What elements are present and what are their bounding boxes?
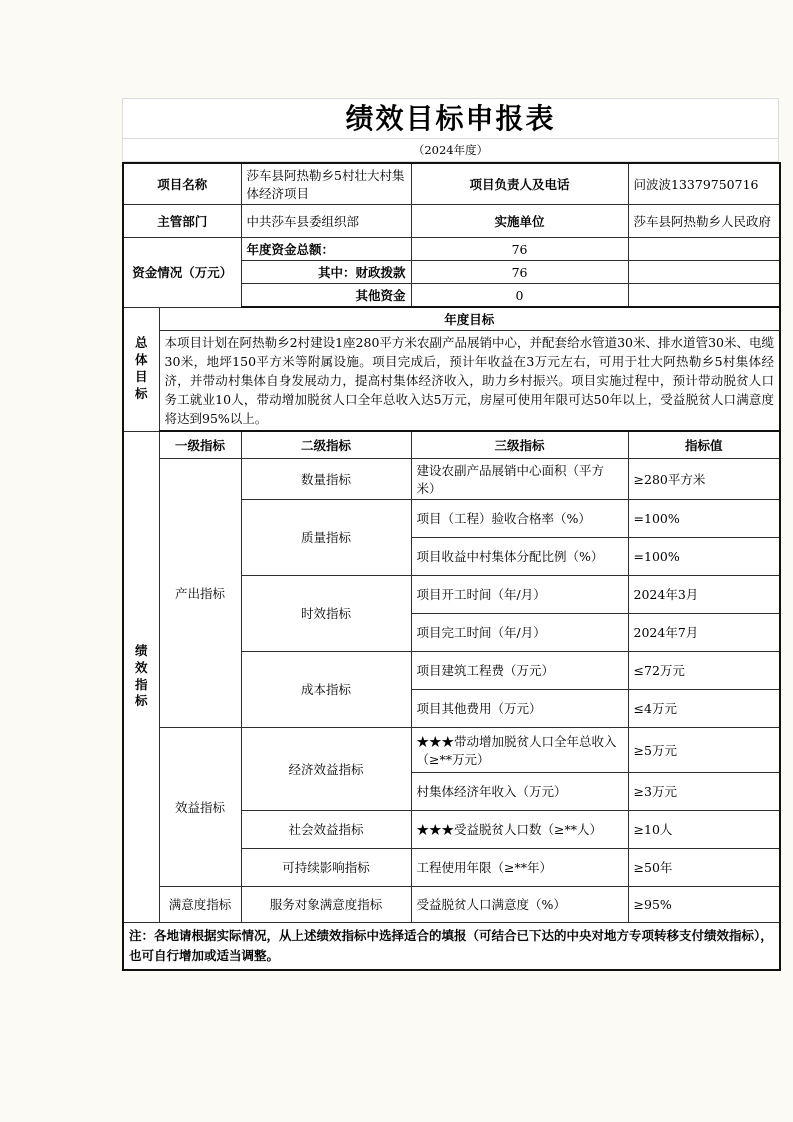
declaration-table: 项目名称 莎车县阿热勒乡5村壮大村集体经济项目 项目负责人及电话 问波波1337… [122,162,781,971]
level3-indicator: 项目建筑工程费（万元） [411,651,628,689]
level3-indicator: 受益脱贫人口满意度（%） [411,886,628,922]
dept-value: 中共莎车县委组织部 [241,205,411,238]
indicator-value: ≥5万元 [628,727,780,772]
impl-label: 实施单位 [411,205,628,238]
table-row: 总体目标 年度目标 [123,307,780,331]
level3-indicator: 项目完工时间（年/月） [411,613,628,651]
funding-section-label: 资金情况（万元） [123,238,241,308]
level3-indicator: 工程使用年限（≥**年） [411,848,628,886]
indicator-value: ≥50年 [628,848,780,886]
level2-cost: 成本指标 [241,651,411,727]
funding-total-label: 年度资金总额： [241,238,411,261]
indicator-row: 产出指标 数量指标 建设农副产品展销中心面积（平方米） ≥280平方米 [123,458,780,499]
overall-goal-label: 总体目标 [123,307,159,431]
page-title: 绩效目标申报表 [123,99,778,139]
indicator-value: 2024年7月 [628,613,780,651]
indicator-value: ≤4万元 [628,689,780,727]
table-row: 本项目计划在阿热勒乡2村建设1座280平方米农副产品展销中心，并配套给水管道30… [123,331,780,432]
level3-indicator: 建设农副产品展销中心面积（平方米） [411,458,628,499]
indicator-value: ≥280平方米 [628,458,780,499]
level3-indicator: 项目开工时间（年/月） [411,575,628,613]
impl-value: 莎车县阿热勒乡人民政府 [628,205,780,238]
header-level3: 三级指标 [411,431,628,458]
funding-other-value: 0 [411,284,628,308]
funding-fiscal-value: 76 [411,261,628,284]
level2-quality: 质量指标 [241,499,411,575]
level2-timeliness: 时效指标 [241,575,411,651]
indicator-row: 满意度指标 服务对象满意度指标 受益脱贫人口满意度（%） ≥95% [123,886,780,922]
funding-fiscal-label: 其中：财政拨款 [241,261,411,284]
table-row: 注：各地请根据实际情况，从上述绩效指标中选择适合的填报（可结合已下达的中央对地方… [123,922,780,970]
empty-cell [628,261,780,284]
level3-indicator: ★★★受益脱贫人口数（≥**人） [411,810,628,848]
indicator-value: ≤72万元 [628,651,780,689]
project-name-value: 莎车县阿热勒乡5村壮大村集体经济项目 [241,163,411,205]
level1-benefit: 效益指标 [159,727,241,886]
form-sheet: 绩效目标申报表 （2024年度） 项目名称 莎车县阿热勒乡5村壮大村集体经济项目… [122,98,779,971]
header-level1: 一级指标 [159,431,241,458]
table-row: 绩效指标 一级指标 二级指标 三级指标 指标值 [123,431,780,458]
table-row: 资金情况（万元） 年度资金总额： 76 [123,238,780,261]
funding-total-value: 76 [411,238,628,261]
footer-note: 注：各地请根据实际情况，从上述绩效指标中选择适合的填报（可结合已下达的中央对地方… [123,922,780,970]
annual-goal-header: 年度目标 [159,307,780,331]
page: 绩效目标申报表 （2024年度） 项目名称 莎车县阿热勒乡5村壮大村集体经济项目… [0,0,793,1122]
empty-cell [628,284,780,308]
indicator-value: =100% [628,499,780,537]
level3-indicator: 项目（工程）验收合格率（%） [411,499,628,537]
title-block: 绩效目标申报表 （2024年度） [122,98,779,162]
indicator-value: ≥95% [628,886,780,922]
level2-sustainability: 可持续影响指标 [241,848,411,886]
indicator-value: ≥3万元 [628,772,780,810]
indicator-value: =100% [628,537,780,575]
page-subtitle: （2024年度） [123,139,778,161]
level3-indicator: ★★★带动增加脱贫人口全年总收入（≥**万元） [411,727,628,772]
level1-output: 产出指标 [159,458,241,727]
project-name-label: 项目名称 [123,163,241,205]
level2-service-satisfaction: 服务对象满意度指标 [241,886,411,922]
annual-goal-text: 本项目计划在阿热勒乡2村建设1座280平方米农副产品展销中心，并配套给水管道30… [159,331,780,432]
empty-cell [628,238,780,261]
level2-economic: 经济效益指标 [241,727,411,810]
dept-label: 主管部门 [123,205,241,238]
level3-indicator: 项目收益中村集体分配比例（%） [411,537,628,575]
table-row: 主管部门 中共莎车县委组织部 实施单位 莎车县阿热勒乡人民政府 [123,205,780,238]
funding-other-label: 其他资金 [241,284,411,308]
level1-satisfaction: 满意度指标 [159,886,241,922]
table-row: 项目名称 莎车县阿热勒乡5村壮大村集体经济项目 项目负责人及电话 问波波1337… [123,163,780,205]
level3-indicator: 村集体经济年收入（万元） [411,772,628,810]
indicator-row: 效益指标 经济效益指标 ★★★带动增加脱贫人口全年总收入（≥**万元） ≥5万元 [123,727,780,772]
header-value: 指标值 [628,431,780,458]
level2-quantity: 数量指标 [241,458,411,499]
manager-label: 项目负责人及电话 [411,163,628,205]
header-level2: 二级指标 [241,431,411,458]
indicator-value: ≥10人 [628,810,780,848]
level3-indicator: 项目其他费用（万元） [411,689,628,727]
manager-value: 问波波13379750716 [628,163,780,205]
level2-social: 社会效益指标 [241,810,411,848]
indicator-value: 2024年3月 [628,575,780,613]
indicators-section-label: 绩效指标 [123,431,159,922]
